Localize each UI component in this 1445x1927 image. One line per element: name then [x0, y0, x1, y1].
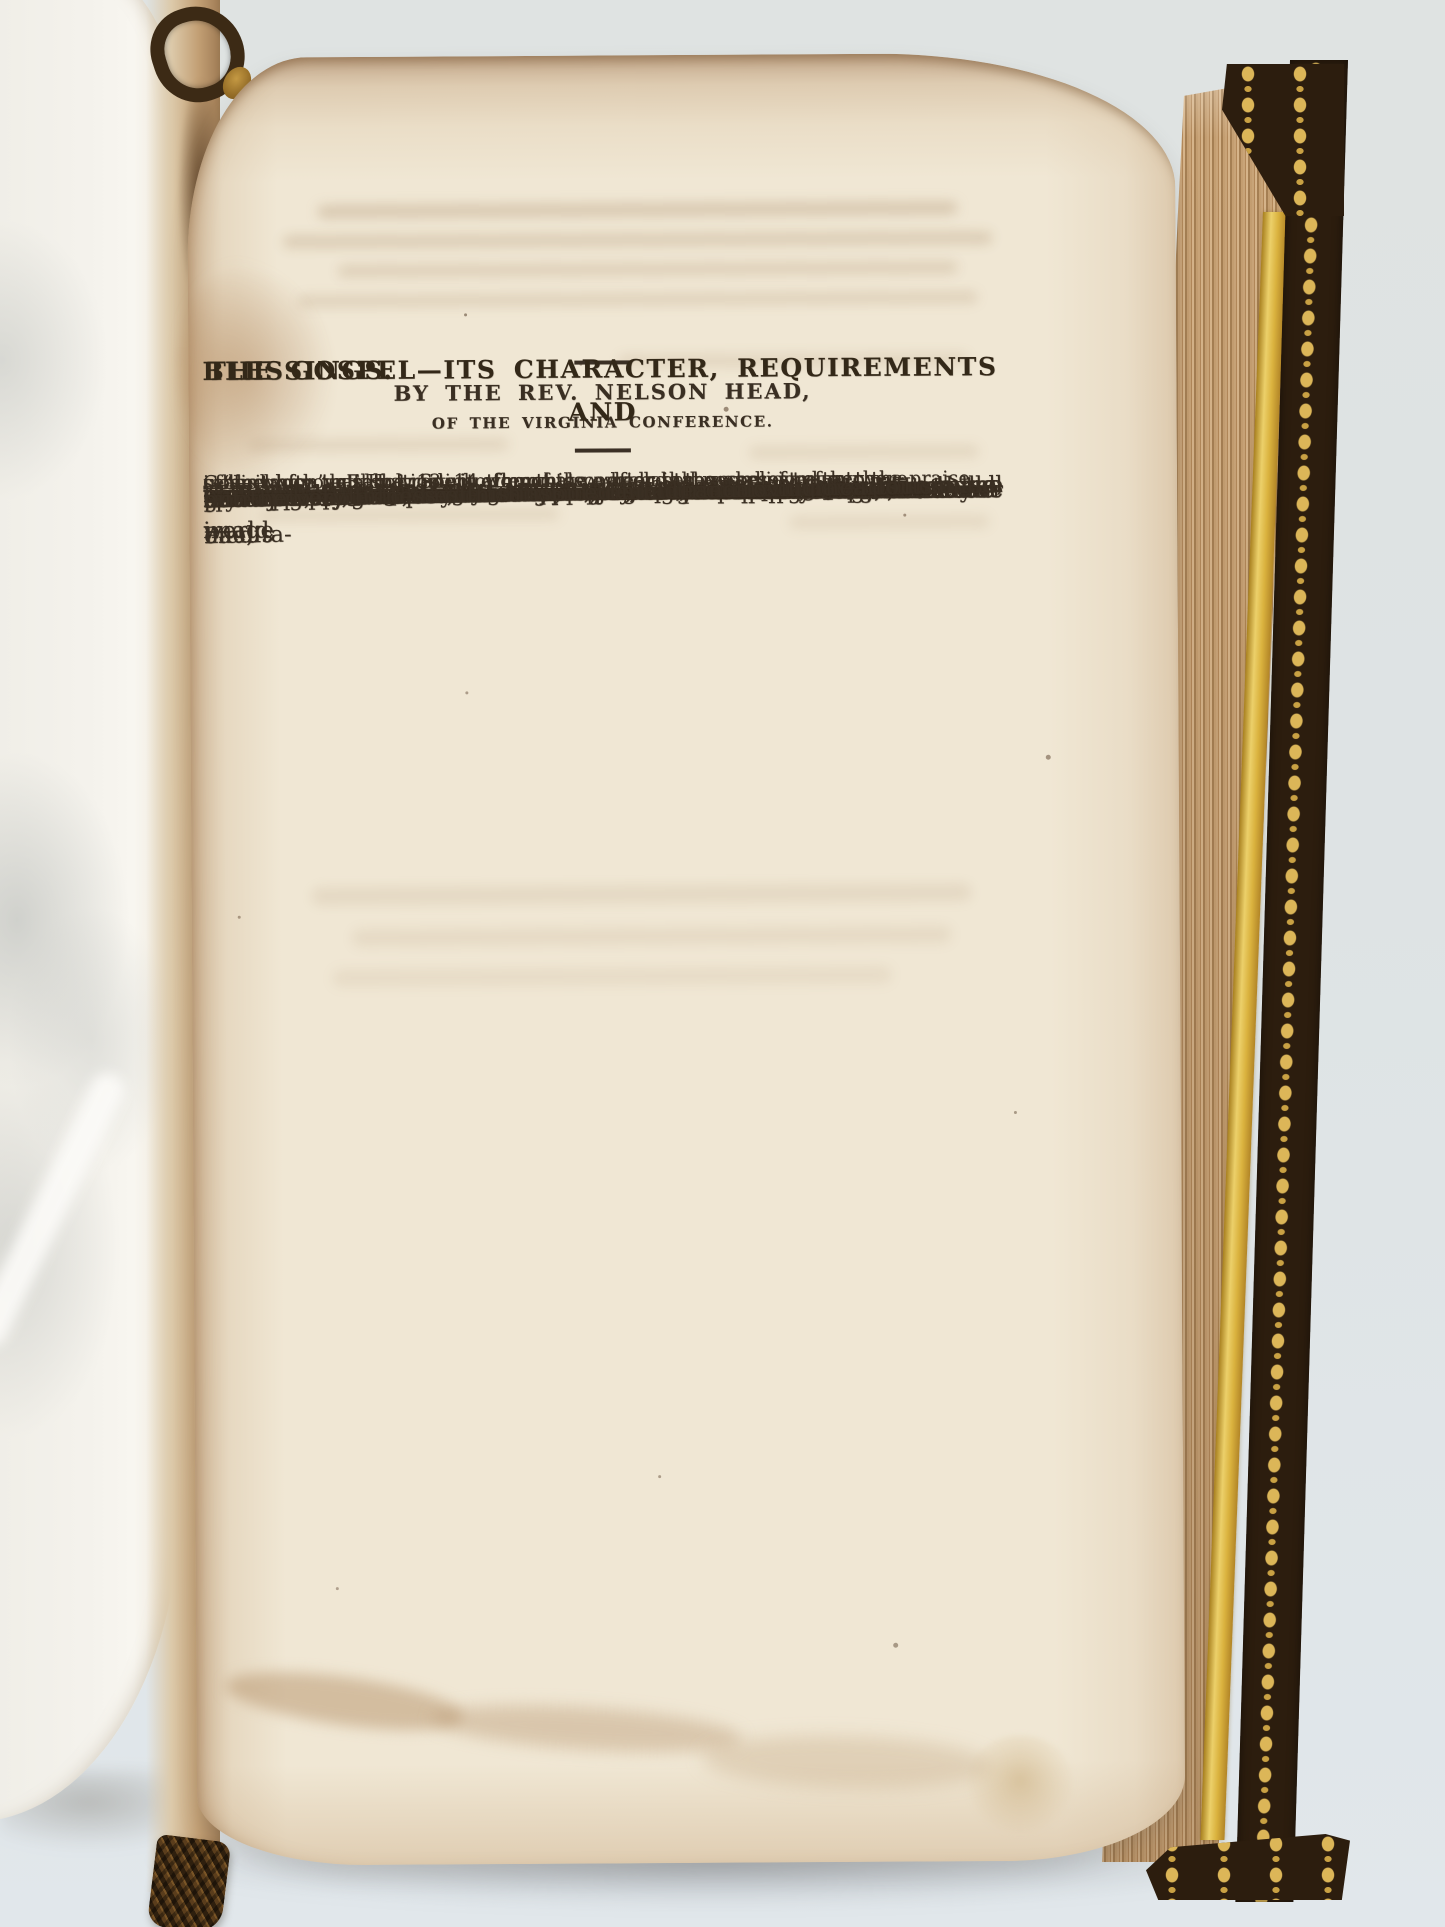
ink-specks [186, 58, 189, 61]
book-page: THE GOSPEL—ITS CHARACTER, REQUIREMENTS A… [186, 52, 1185, 1866]
tissue-highlight [0, 1068, 130, 1353]
page-text: THE GOSPEL—ITS CHARACTER, REQUIREMENTS A… [200, 53, 1011, 1866]
article-title: THE GOSPEL—ITS CHARACTER, REQUIREMENTS A… [202, 345, 1002, 350]
book-photo: THE GOSPEL—ITS CHARACTER, REQUIREMENTS A… [0, 0, 1445, 1927]
separator-rule [575, 448, 631, 452]
ribbon-tail [147, 1834, 232, 1927]
title-line-2: BLESSINGS. [202, 349, 393, 393]
